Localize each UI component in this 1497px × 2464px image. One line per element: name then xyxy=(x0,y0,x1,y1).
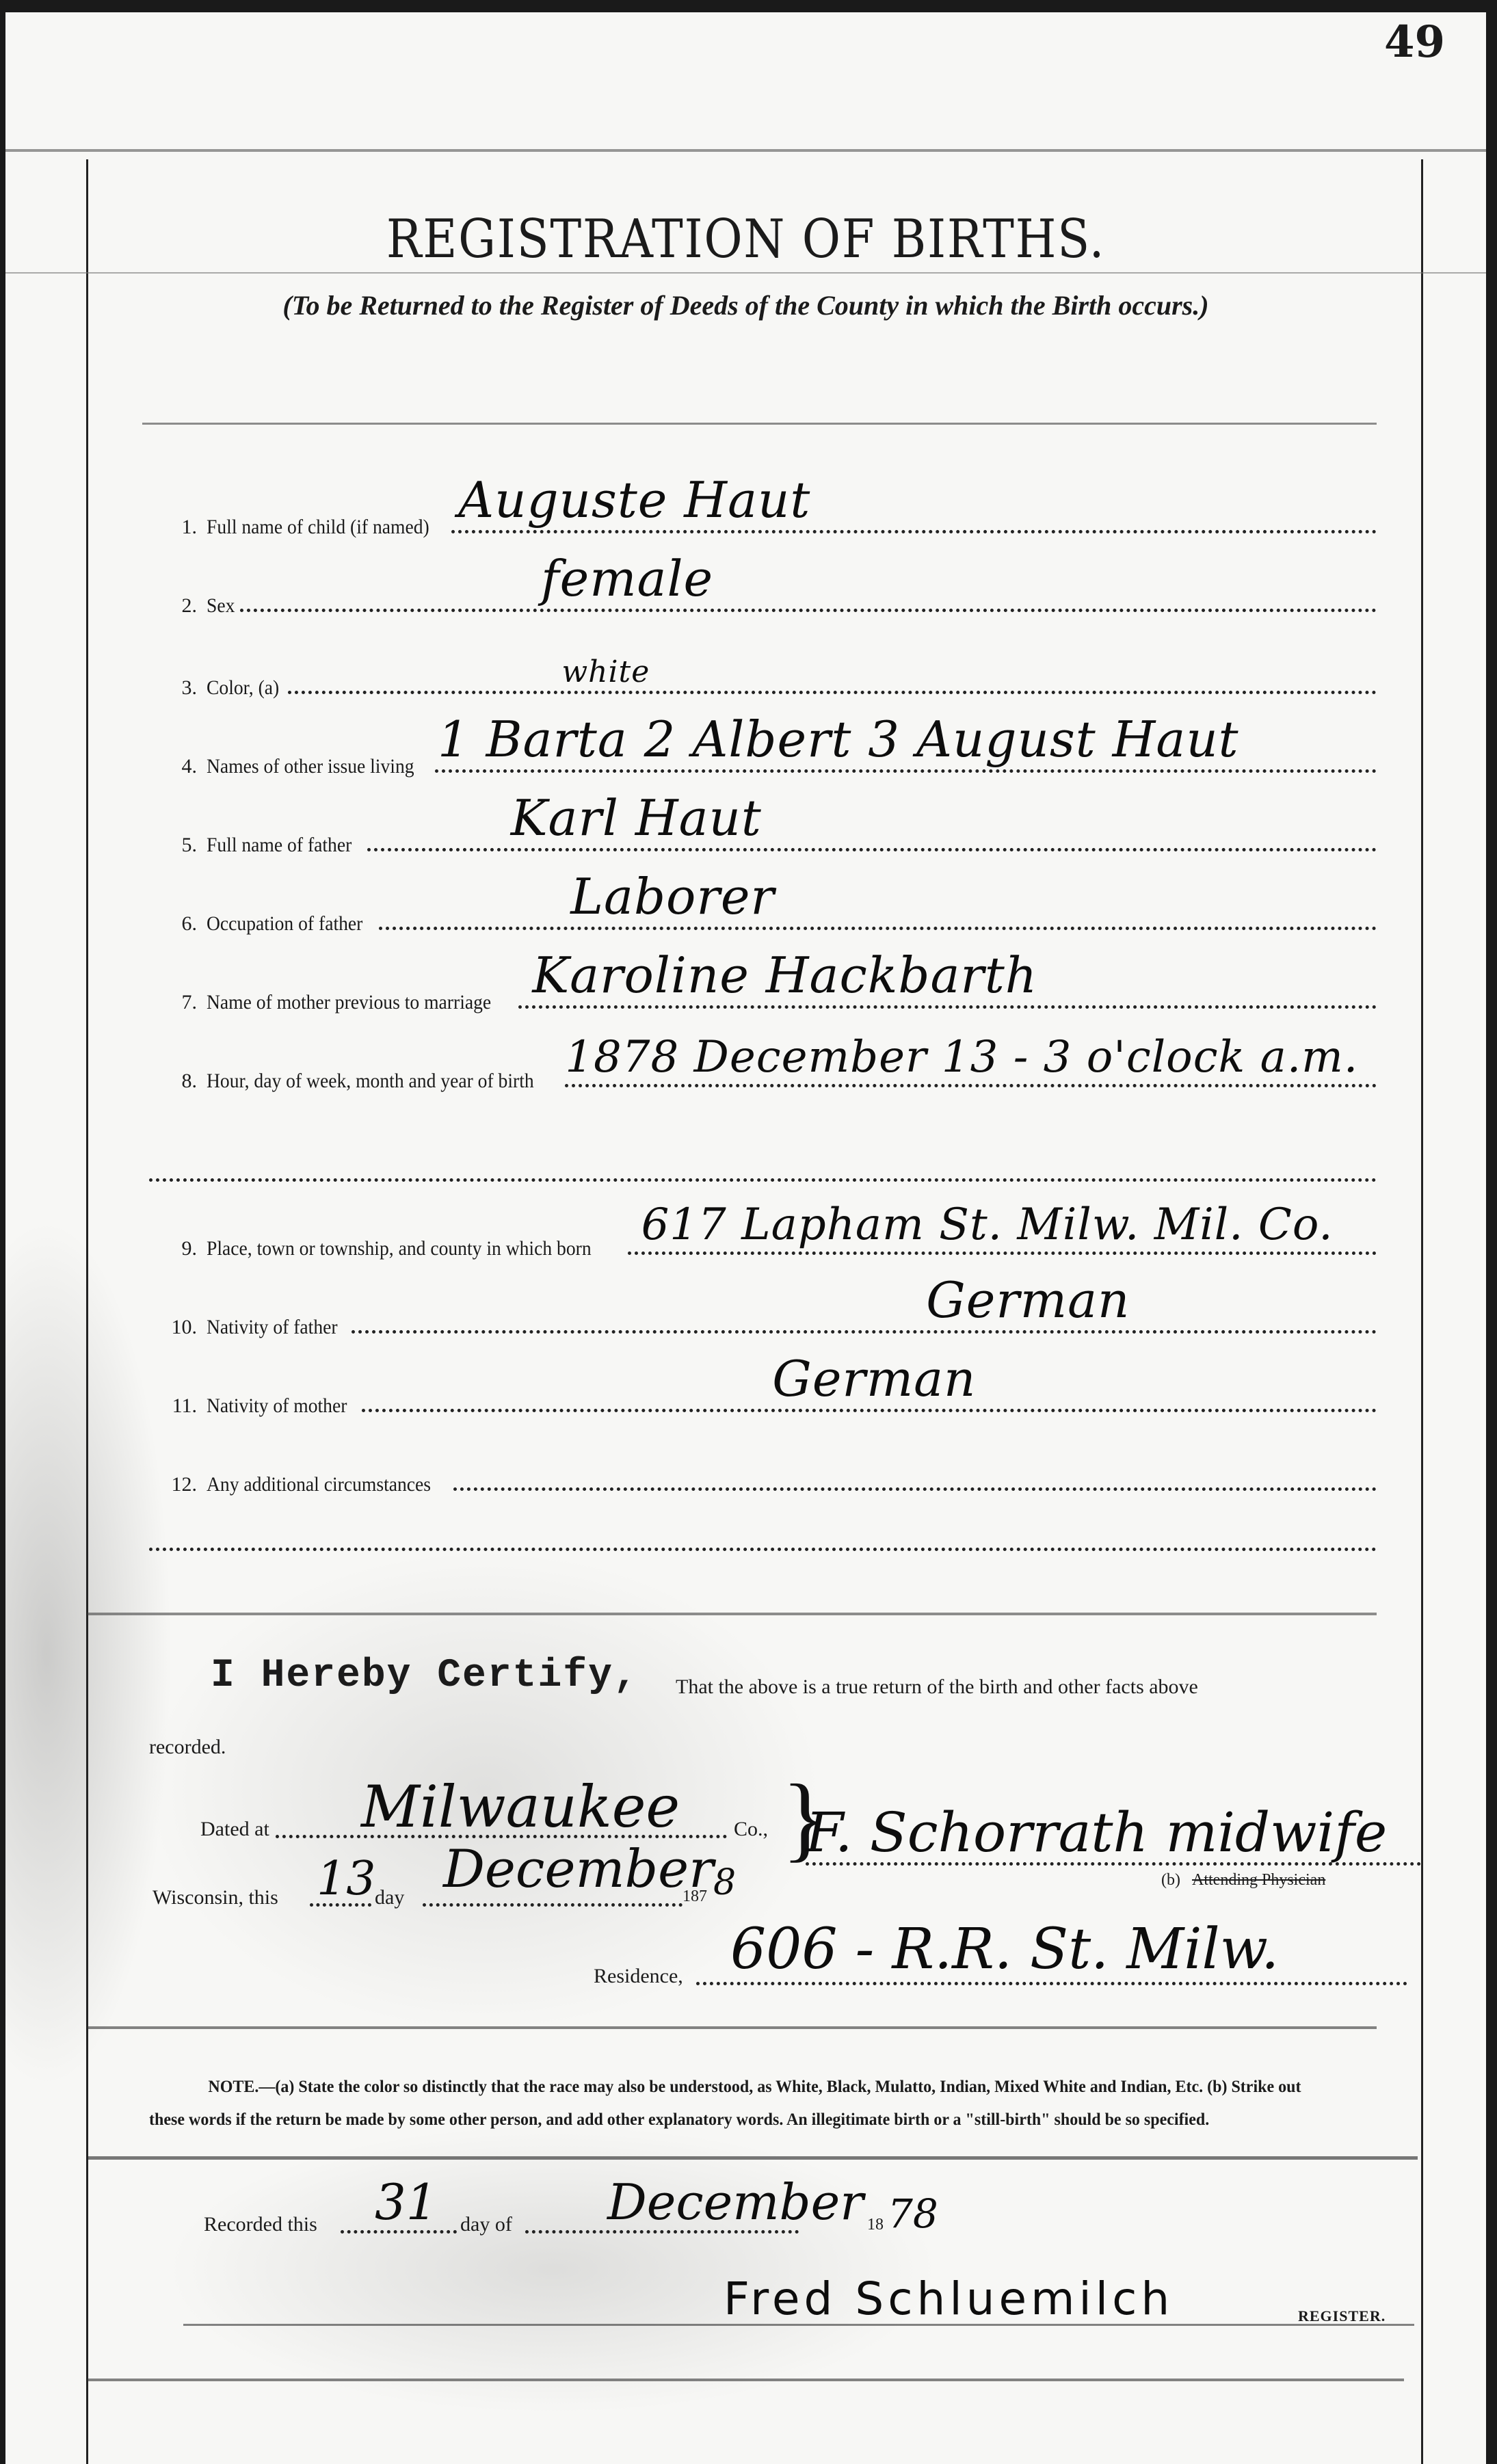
field-number: 10. xyxy=(149,1316,207,1339)
field-value: German xyxy=(772,1350,976,1407)
field-line: Karoline Hackbarth xyxy=(518,1005,1377,1009)
field-line xyxy=(453,1487,1377,1491)
form-note: NOTE.—(a) State the color so distinctly … xyxy=(149,2071,1327,2136)
residence-value: 606 - R.R. St. Milw. xyxy=(730,1917,1279,1982)
field-label: Color, (a) xyxy=(207,676,279,700)
field-line: white xyxy=(288,691,1377,694)
field-label: Sex xyxy=(207,594,235,618)
field-label: Full name of father xyxy=(207,834,352,857)
note-bottom-rule xyxy=(88,2156,1418,2160)
dated-at-value: Milwaukee xyxy=(361,1773,680,1840)
certify-text-continued: recorded. xyxy=(149,1736,226,1759)
note-top-rule xyxy=(88,2026,1377,2029)
recorded-this-label: Recorded this xyxy=(204,2213,317,2236)
field-number: 1. xyxy=(149,516,207,539)
blank-dotted-line xyxy=(149,1548,1377,1551)
right-border-line xyxy=(1421,159,1423,2464)
field-color: 3. Color, (a) white xyxy=(149,652,1377,700)
field-mother-nativity: 11. Nativity of mother German xyxy=(149,1370,1377,1418)
signer-caption-prefix: (b) xyxy=(1161,1871,1180,1890)
certify-heading: I Hereby Certify, xyxy=(211,1654,639,1698)
field-line: 1 Barta 2 Albert 3 August Haut xyxy=(435,769,1377,773)
certify-day-value: 13 xyxy=(317,1852,376,1906)
form-subtitle: (To be Returned to the Register of Deeds… xyxy=(5,289,1486,321)
field-label: Occupation of father xyxy=(207,912,362,936)
field-number: 12. xyxy=(149,1473,207,1496)
field-line: German xyxy=(362,1409,1377,1412)
field-line: female xyxy=(240,609,1377,612)
header-rule xyxy=(142,423,1377,425)
recorded-year-suffix: 78 xyxy=(888,2190,938,2237)
field-line: Auguste Haut xyxy=(451,530,1377,533)
field-value: Karoline Hackbarth xyxy=(532,946,1037,1004)
field-number: 4. xyxy=(149,755,207,778)
field-father-name: 5. Full name of father Karl Haut xyxy=(149,809,1377,857)
field-birth-datetime: 8. Hour, day of week, month and year of … xyxy=(149,1045,1377,1093)
field-label: Nativity of mother xyxy=(207,1394,347,1418)
subtitle-rule xyxy=(5,272,1486,274)
recorded-day-of-label: day of xyxy=(460,2213,512,2236)
field-line: 1878 December 13 - 3 o'clock a.m. xyxy=(565,1084,1377,1087)
certify-month-value: December xyxy=(443,1838,713,1899)
recorded-month-value: December xyxy=(607,2173,864,2231)
field-line: German xyxy=(352,1330,1377,1334)
signer-value: F. Schorrath midwife xyxy=(806,1801,1387,1864)
field-value: German xyxy=(926,1271,1130,1329)
field-sex: 2. Sex female xyxy=(149,570,1377,618)
field-value: Laborer xyxy=(570,868,775,925)
document-page: 49 REGISTRATION OF BIRTHS. (To be Return… xyxy=(5,12,1486,2464)
field-line: Laborer xyxy=(379,927,1377,930)
dated-at-label: Dated at xyxy=(200,1818,269,1841)
register-label: REGISTER. xyxy=(1298,2307,1386,2325)
field-other-issue: 4. Names of other issue living 1 Barta 2… xyxy=(149,730,1377,778)
county-label: Co., xyxy=(734,1818,768,1841)
field-value: 1 Barta 2 Albert 3 August Haut xyxy=(438,711,1239,768)
field-label: Names of other issue living xyxy=(207,755,414,778)
field-line: 617 Lapham St. Milw. Mil. Co. xyxy=(628,1251,1377,1255)
section-rule xyxy=(88,1613,1377,1615)
field-label: Any additional circumstances xyxy=(207,1473,431,1496)
field-value: 1878 December 13 - 3 o'clock a.m. xyxy=(565,1032,1358,1083)
field-label: Nativity of father xyxy=(207,1316,338,1339)
blank-dotted-line xyxy=(149,1178,1377,1182)
field-additional-circumstances: 12. Any additional circumstances xyxy=(149,1448,1377,1496)
certify-year-prefix: 187 xyxy=(683,1887,707,1906)
field-number: 9. xyxy=(149,1237,207,1260)
field-line: Karl Haut xyxy=(367,848,1377,851)
certify-year-suffix: 8 xyxy=(713,1862,736,1903)
field-label: Name of mother previous to marriage xyxy=(207,991,491,1014)
signer-caption: Attending Physician xyxy=(1192,1871,1325,1890)
field-father-occupation: 6. Occupation of father Laborer xyxy=(149,888,1377,936)
recorded-year-prefix: 18 xyxy=(867,2216,884,2234)
field-number: 5. xyxy=(149,834,207,857)
field-father-nativity: 10. Nativity of father German xyxy=(149,1291,1377,1339)
field-number: 11. xyxy=(149,1394,207,1418)
field-number: 8. xyxy=(149,1070,207,1093)
field-value: Auguste Haut xyxy=(458,471,810,529)
month-line xyxy=(423,1903,683,1907)
field-label: Full name of child (if named) xyxy=(207,516,429,539)
wisconsin-this-label: Wisconsin, this xyxy=(153,1886,278,1909)
field-number: 6. xyxy=(149,912,207,936)
field-birth-place: 9. Place, town or township, and county i… xyxy=(149,1213,1377,1260)
field-child-name: 1. Full name of child (if named) Auguste… xyxy=(149,491,1377,539)
register-signature: Fred Schluemilch xyxy=(724,2273,1174,2325)
field-number: 3. xyxy=(149,676,207,700)
field-label: Place, town or township, and county in w… xyxy=(207,1237,592,1260)
top-rule xyxy=(5,149,1486,152)
field-value: female xyxy=(541,550,713,607)
recorded-day-value: 31 xyxy=(375,2173,438,2231)
certify-text: That the above is a true return of the b… xyxy=(676,1675,1198,1699)
field-number: 7. xyxy=(149,991,207,1014)
residence-line xyxy=(696,1982,1407,1985)
residence-label: Residence, xyxy=(594,1965,683,1988)
field-mother-maiden-name: 7. Name of mother previous to marriage K… xyxy=(149,966,1377,1014)
field-value: white xyxy=(561,654,650,689)
day-label: day xyxy=(375,1886,404,1909)
field-value: 617 Lapham St. Milw. Mil. Co. xyxy=(641,1200,1334,1250)
bottom-rule xyxy=(88,2379,1404,2381)
page-number: 49 xyxy=(1384,16,1445,68)
left-border-line xyxy=(86,159,88,2464)
field-number: 2. xyxy=(149,594,207,618)
field-label: Hour, day of week, month and year of bir… xyxy=(207,1070,534,1093)
form-title: REGISTRATION OF BIRTHS. xyxy=(94,209,1397,270)
field-value: Karl Haut xyxy=(511,789,762,847)
